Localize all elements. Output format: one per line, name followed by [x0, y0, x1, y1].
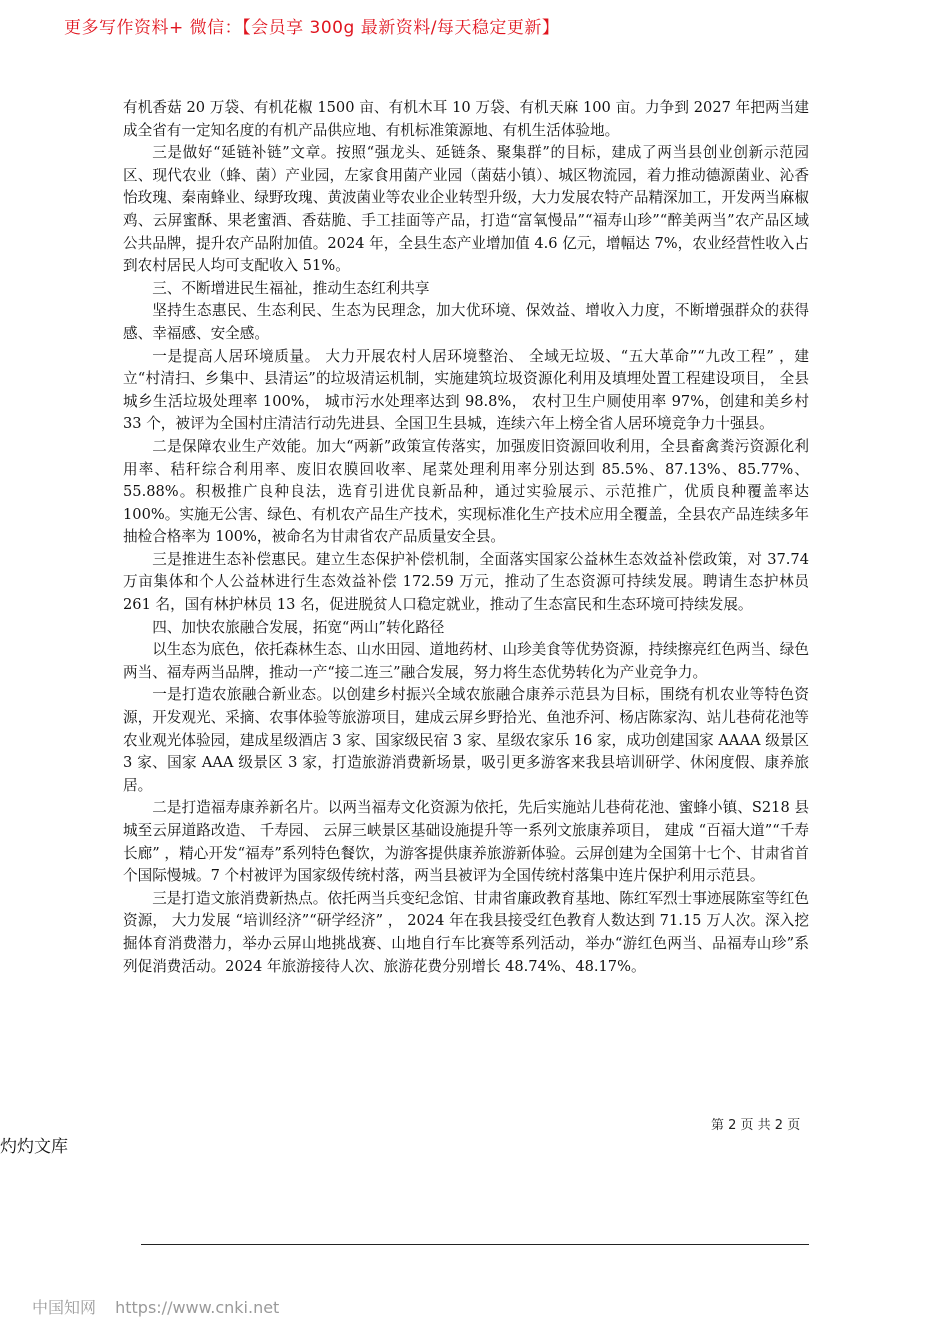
- footer-url[interactable]: https://www.cnki.net: [115, 1298, 279, 1317]
- page-number: 第 2 页 共 2 页: [711, 1114, 800, 1133]
- paragraph: 三是推进生态补偿惠民。建立生态保护补偿机制，全面落实国家公益林生态效益补偿政策，…: [123, 549, 809, 617]
- paragraph: 有机香菇 20 万袋、有机花椒 1500 亩、有机木耳 10 万袋、有机天麻 1…: [123, 97, 809, 142]
- paragraph: 一是打造农旅融合新业态。以创建乡村振兴全域农旅融合康养示范县为目标，围绕有机农业…: [123, 684, 809, 797]
- paragraph: 一是提高人居环境质量。 大力开展农村人居环境整治、 全域无垃圾、“五大革命”“九…: [123, 346, 809, 436]
- footer-source: 中国知网 https://www.cnki.net: [32, 1295, 279, 1318]
- document-body: 有机香菇 20 万袋、有机花椒 1500 亩、有机木耳 10 万袋、有机天麻 1…: [123, 97, 809, 978]
- paragraph: 坚持生态惠民、生态利民、生态为民理念，加大优环境、保效益、增收入力度，不断增强群…: [123, 300, 809, 345]
- paragraph: 以生态为底色，依托森林生态、山水田园、道地药材、山珍美食等优势资源，持续擦亮红色…: [123, 639, 809, 684]
- footer-site-name: 中国知网: [32, 1298, 96, 1317]
- paragraph: 二是打造福寿康养新名片。以两当福寿文化资源为依托，先后实施站儿巷荷花池、蜜蜂小镇…: [123, 797, 809, 887]
- section-heading: 三、不断增进民生福祉，推动生态红利共享: [123, 278, 809, 301]
- site-watermark: 灼灼文库: [0, 1132, 68, 1157]
- promo-banner: 更多写作资料+ 微信：【会员享 300g 最新资料/每天稳定更新】: [64, 13, 559, 38]
- paragraph: 二是保障农业生产效能。加大“两新”政策宣传落实，加强废旧资源回收利用，全县畜禽粪…: [123, 436, 809, 549]
- paragraph: 三是做好“延链补链”文章。按照“强龙头、延链条、聚集群”的目标，建成了两当县创业…: [123, 142, 809, 278]
- paragraph: 三是打造文旅消费新热点。依托两当兵变纪念馆、甘肃省廉政教育基地、陈红军烈士事迹展…: [123, 888, 809, 978]
- section-heading: 四、加快农旅融合发展，拓宽“两山”转化路径: [123, 617, 809, 640]
- footer-divider: [141, 1244, 809, 1245]
